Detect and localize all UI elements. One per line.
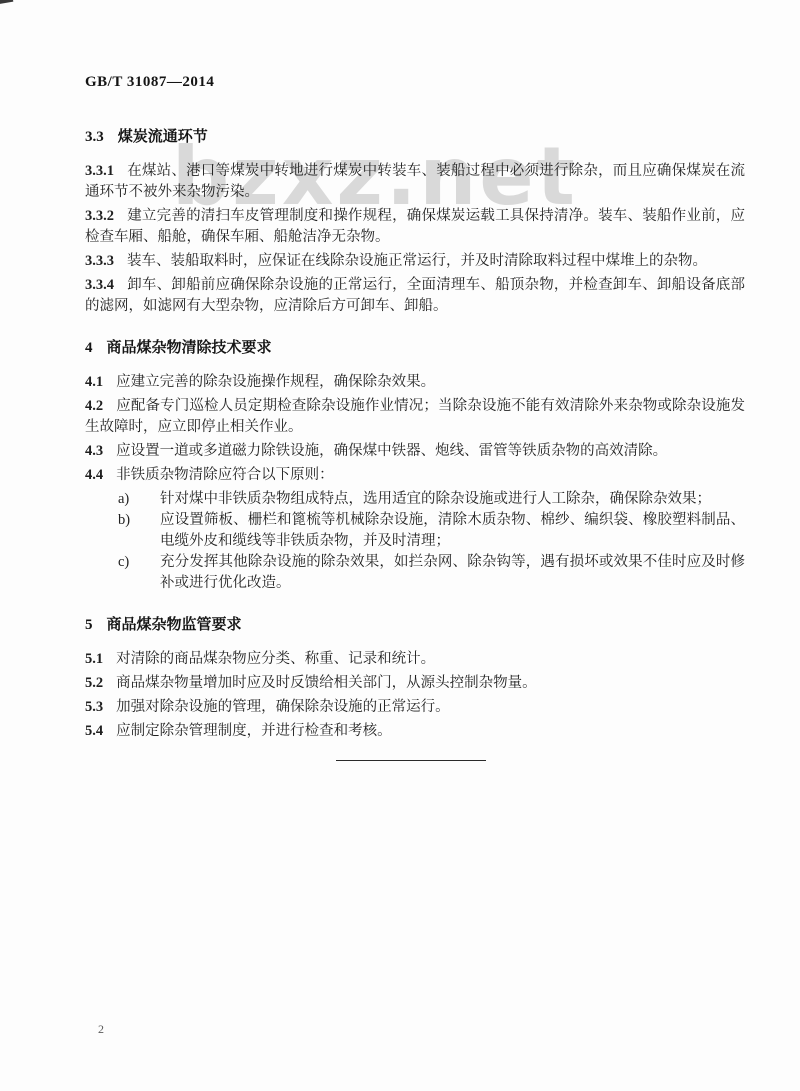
clause-4-4-list: a)针对煤中非铁质杂物组成特点，选用适宜的除杂设施或进行人工除杂，确保除杂效果；… <box>85 489 745 594</box>
clause-number: 4.4 <box>85 467 116 483</box>
clause-3-3-4: 3.3.4卸车、卸船前应确保除杂设施的正常运行，全面清理车、船顶杂物，并检查卸车… <box>85 275 745 317</box>
list-item-c: c)充分发挥其他除杂设施的除杂效果，如拦杂网、除杂钩等，遇有损坏或效果不佳时应及… <box>118 552 745 594</box>
list-item-label: c) <box>118 552 160 594</box>
section-heading-5: 5商品煤杂物监管要求 <box>85 614 745 636</box>
section-title: 商品煤杂物清除技术要求 <box>107 340 272 356</box>
clause-3-3-2: 3.3.2建立完善的清扫车皮管理制度和操作规程，确保煤炭运载工具保持清净。装车、… <box>85 206 745 248</box>
list-item-text: 充分发挥其他除杂设施的除杂效果，如拦杂网、除杂钩等，遇有损坏或效果不佳时应及时修… <box>160 552 745 594</box>
clause-number: 3.3.3 <box>85 253 127 269</box>
clause-text: 应制定除杂管理制度，并进行检查和考核。 <box>116 723 392 739</box>
list-item-label: a) <box>118 489 160 510</box>
clause-text: 应设置一道或多道磁力除铁设施，确保煤中铁器、炮线、雷管等铁质杂物的高效清除。 <box>116 443 667 459</box>
clause-5-4: 5.4应制定除杂管理制度，并进行检查和考核。 <box>85 721 745 742</box>
clause-3-3-1: 3.3.1在煤站、港口等煤炭中转地进行煤炭中转装车、装船过程中必须进行除杂，而且… <box>85 161 745 203</box>
clause-text: 在煤站、港口等煤炭中转地进行煤炭中转装车、装船过程中必须进行除杂，而且应确保煤炭… <box>85 163 745 200</box>
clause-text: 装车、装船取料时，应保证在线除杂设施正常运行，并及时清除取料过程中煤堆上的杂物。 <box>127 253 707 269</box>
clause-number: 4.3 <box>85 443 116 459</box>
clause-text: 非铁质杂物清除应符合以下原则： <box>116 467 334 483</box>
clause-5-2: 5.2商品煤杂物量增加时应及时反馈给相关部门，从源头控制杂物量。 <box>85 673 745 694</box>
clause-number: 5.3 <box>85 699 116 715</box>
clause-number: 4.1 <box>85 374 116 390</box>
clause-text: 对清除的商品煤杂物应分类、称重、记录和统计。 <box>116 651 435 667</box>
clause-4-3: 4.3应设置一道或多道磁力除铁设施，确保煤中铁器、炮线、雷管等铁质杂物的高效清除… <box>85 441 745 462</box>
standard-number-header: GB/T 31087—2014 <box>85 72 745 92</box>
section-heading-3-3: 3.3煤炭流通环节 <box>85 126 745 148</box>
clause-4-4: 4.4非铁质杂物清除应符合以下原则： <box>85 465 745 486</box>
clause-5-1: 5.1对清除的商品煤杂物应分类、称重、记录和统计。 <box>85 649 745 670</box>
clause-5-3: 5.3加强对除杂设施的管理，确保除杂设施的正常运行。 <box>85 697 745 718</box>
clause-text: 应建立完善的除杂设施操作规程，确保除杂效果。 <box>116 374 435 390</box>
clause-number: 3.3.2 <box>85 208 127 224</box>
document-content: GB/T 31087—2014 3.3煤炭流通环节 3.3.1在煤站、港口等煤炭… <box>0 0 800 761</box>
clause-text: 卸车、卸船前应确保除杂设施的正常运行，全面清理车、船顶杂物，并检查卸车、卸船设备… <box>85 277 745 314</box>
section-title: 商品煤杂物监管要求 <box>107 617 242 633</box>
section-heading-4: 4商品煤杂物清除技术要求 <box>85 337 745 359</box>
list-item-text: 应设置筛板、栅栏和篦梳等机械除杂设施，清除木质杂物、棉纱、编织袋、橡胶塑料制品、… <box>160 510 745 552</box>
list-item-a: a)针对煤中非铁质杂物组成特点，选用适宜的除杂设施或进行人工除杂，确保除杂效果； <box>118 489 745 510</box>
section-number: 3.3 <box>85 129 104 145</box>
clause-text: 应配备专门巡检人员定期检查除杂设施作业情况；当除杂设施不能有效清除外来杂物或除杂… <box>85 398 745 435</box>
section-title: 煤炭流通环节 <box>118 129 208 145</box>
clause-text: 商品煤杂物量增加时应及时反馈给相关部门，从源头控制杂物量。 <box>116 675 537 691</box>
clause-4-2: 4.2应配备专门巡检人员定期检查除杂设施作业情况；当除杂设施不能有效清除外来杂物… <box>85 396 745 438</box>
clause-text: 建立完善的清扫车皮管理制度和操作规程，确保煤炭运载工具保持清净。装车、装船作业前… <box>85 208 745 245</box>
list-item-b: b)应设置筛板、栅栏和篦梳等机械除杂设施，清除木质杂物、棉纱、编织袋、橡胶塑料制… <box>118 510 745 552</box>
clause-number: 4.2 <box>85 398 116 414</box>
clause-number: 5.1 <box>85 651 116 667</box>
end-of-document-divider <box>336 760 486 761</box>
page-number: 2 <box>98 1022 104 1037</box>
clause-4-1: 4.1应建立完善的除杂设施操作规程，确保除杂效果。 <box>85 372 745 393</box>
document-page: bzxz.net GB/T 31087—2014 3.3煤炭流通环节 3.3.1… <box>0 0 800 1091</box>
clause-text: 加强对除杂设施的管理，确保除杂设施的正常运行。 <box>116 699 450 715</box>
clause-3-3-3: 3.3.3装车、装船取料时，应保证在线除杂设施正常运行，并及时清除取料过程中煤堆… <box>85 251 745 272</box>
list-item-label: b) <box>118 510 160 552</box>
clause-number: 5.4 <box>85 723 116 739</box>
clause-number: 3.3.4 <box>85 277 127 293</box>
list-item-text: 针对煤中非铁质杂物组成特点，选用适宜的除杂设施或进行人工除杂，确保除杂效果； <box>160 489 745 510</box>
clause-number: 3.3.1 <box>85 163 127 179</box>
clause-number: 5.2 <box>85 675 116 691</box>
section-number: 4 <box>85 340 93 356</box>
section-number: 5 <box>85 617 93 633</box>
